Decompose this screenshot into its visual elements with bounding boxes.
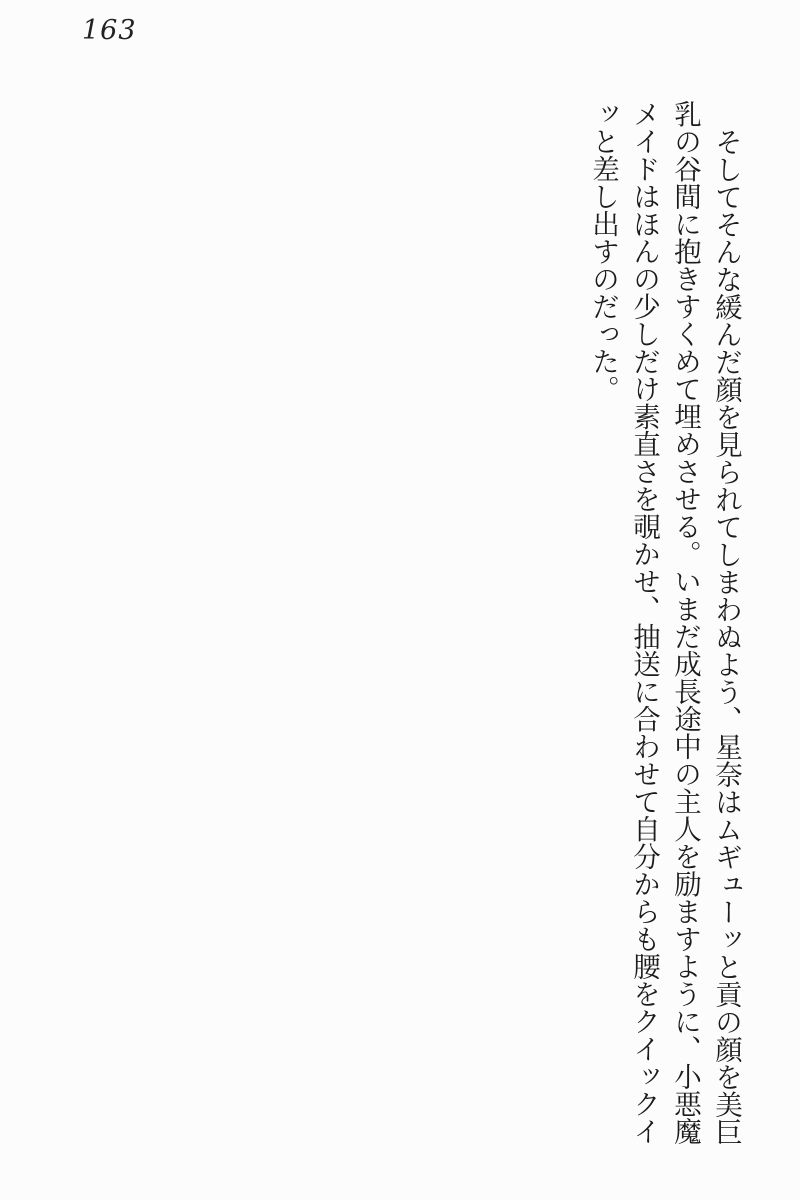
text-column: 乳の谷間に抱きすくめて埋めさせる。いまだ成長途中の主人を励ますように、小悪魔 (664, 100, 705, 1155)
text-column: そしてそんな緩んだ顔を見られてしまわぬよう、星奈はムギューッと貢の顔を美巨 (705, 100, 746, 1155)
text-column: ッと差し出すのだった。 (582, 100, 623, 1155)
text-column: メイドはほんの少しだけ素直さを覗かせ、抽送に合わせて自分からも腰をクイックイ (623, 100, 664, 1155)
body-text: そしてそんな緩んだ顔を見られてしまわぬよう、星奈はムギューッと貢の顔を美巨 乳の… (582, 100, 746, 1155)
book-page: 163 そしてそんな緩んだ顔を見られてしまわぬよう、星奈はムギューッと貢の顔を美… (0, 0, 800, 1200)
page-number: 163 (82, 15, 137, 46)
